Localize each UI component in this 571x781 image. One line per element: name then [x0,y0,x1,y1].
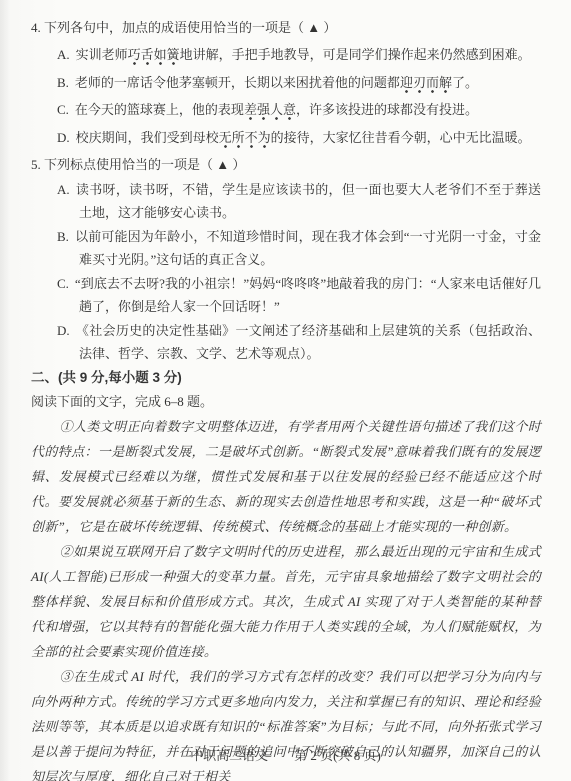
question-4-option-c: C.在今天的篮球赛上，他的表现差强人意，许多该投进的球都没有投进。 [57,96,541,124]
question-4-option-a: A.实训老师巧舌如簧地讲解，手把手地教导，可是同学们操作起来仍然感到困难。 [57,41,541,69]
option-b-label: B. [57,229,69,244]
option-a-text: 读书呀，读书呀，不错，学生是应该读书的，但一面也要大人老爷们不至于葬送土地，这才… [76,182,541,220]
question-5-option-c: C.“到底去不去呀?我的小祖宗！”妈妈“咚咚咚”地敲着我的房门：“人家来电话催好… [57,272,541,318]
footer-course-title: 中职高二语文 [190,748,268,763]
option-c-text: “到底去不去呀?我的小祖宗！”妈妈“咚咚咚”地敲着我的房门：“人家来电话催好几趟… [75,276,541,314]
option-b-text: 老师的一席话令他茅塞顿开，长期以来困扰着他的问题都 [75,75,400,90]
option-d-label: D. [57,130,70,145]
option-b-label: B. [57,75,69,90]
page-footer: 中职高二语文第 2 页(共 8 页) [0,745,571,764]
option-c-emphasized-idiom: 差强人意 [244,102,296,121]
option-a-emphasized-idiom: 巧舌如簧 [128,47,180,66]
option-d-emphasized-idiom: 无所不为 [219,130,271,149]
option-a-label: A. [57,182,70,197]
option-b-text-post: 了。 [452,75,478,90]
question-5-option-b: B.以前可能因为年龄小，不知道珍惜时间，现在我才体会到“一寸光阴一寸金，寸金难买… [57,225,541,271]
section-2: 二、(共 9 分,每小题 3 分) 阅读下面的文字，完成 6–8 题。 ①人类文… [31,366,541,781]
footer-page-number: 第 2 页(共 8 页) [294,748,381,763]
passage-paragraph-1: ①人类文明正向着数字文明整体迈进，有学者用两个关键性语句描述了我们这个时代的特点… [31,414,541,539]
option-c-text-post: ，许多该投进的球都没有投进。 [296,102,478,117]
option-d-text: 《社会历史的决定性基础》一文阐述了经济基础和上层建筑的关系（包括政治、法律、哲学… [76,323,541,361]
option-c-label: C. [57,276,69,291]
option-a-text-post: 地讲解，手把手地教导，可是同学们操作起来仍然感到困难。 [180,47,531,62]
option-d-label: D. [57,323,70,338]
option-d-text: 校庆期间，我们受到母校 [76,130,219,145]
option-c-text: 在今天的篮球赛上，他的表现 [75,102,244,117]
reading-passage: ①人类文明正向着数字文明整体迈进，有学者用两个关键性语句描述了我们这个时代的特点… [31,414,541,781]
question-4: 4. 下列各句中，加点的成语使用恰当的一项是（ ▲ ） A.实训老师巧舌如簧地讲… [31,14,541,151]
option-d-text-post: 的接待，大家忆往昔看今朝，心中无比温暖。 [271,130,531,145]
question-5-option-d: D.《社会历史的决定性基础》一文阐述了经济基础和上层建筑的关系（包括政治、法律、… [57,319,541,365]
option-b-emphasized-idiom: 迎刃而解 [400,75,452,94]
option-a-text: 实训老师 [76,47,128,62]
reading-instruction: 阅读下面的文字，完成 6–8 题。 [31,390,541,414]
question-5: 5. 下列标点使用恰当的一项是（ ▲ ） A.读书呀，读书呀，不错，学生是应该读… [31,151,541,365]
question-4-option-b: B.老师的一席话令他茅塞顿开，长期以来困扰着他的问题都迎刃而解了。 [57,69,541,97]
question-5-option-a: A.读书呀，读书呀，不错，学生是应该读书的，但一面也要大人老爷们不至于葬送土地，… [57,178,541,224]
option-c-label: C. [57,102,69,117]
question-5-stem: 5. 下列标点使用恰当的一项是（ ▲ ） [31,151,541,178]
question-4-stem: 4. 下列各句中，加点的成语使用恰当的一项是（ ▲ ） [31,14,541,41]
question-4-option-d: D.校庆期间，我们受到母校无所不为的接待，大家忆往昔看今朝，心中无比温暖。 [57,124,541,152]
option-b-text: 以前可能因为年龄小，不知道珍惜时间，现在我才体会到“一寸光阴一寸金，寸金难买寸光… [75,229,541,267]
option-a-label: A. [57,47,70,62]
exam-page: 4. 下列各句中，加点的成语使用恰当的一项是（ ▲ ） A.实训老师巧舌如簧地讲… [0,0,571,781]
passage-paragraph-2: ②如果说互联网开启了数字文明时代的历史进程，那么最近出现的元宇宙和生成式 AI(… [31,539,541,664]
section-2-header: 二、(共 9 分,每小题 3 分) [31,366,541,390]
